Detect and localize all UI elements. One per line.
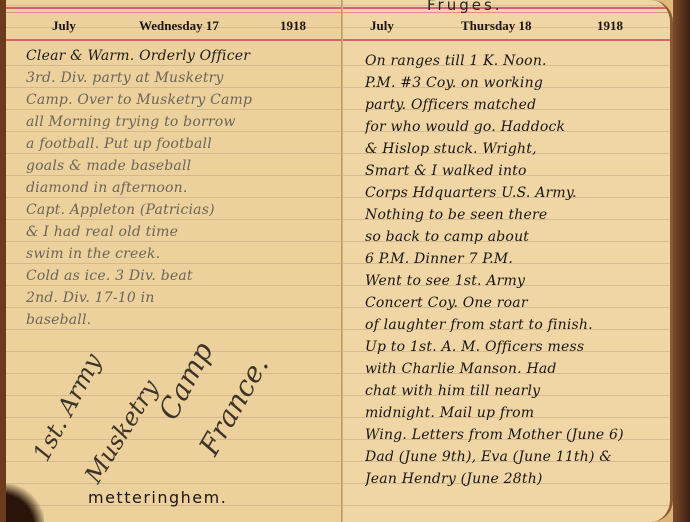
entry-line: Went to see 1st. Army bbox=[365, 270, 665, 292]
entry-line: chat with him till nearly bbox=[365, 380, 665, 402]
entry-line: so back to camp about bbox=[365, 226, 665, 248]
diary-entry: On ranges till 1 K. Noon. P.M. #3 Coy. o… bbox=[365, 50, 665, 490]
entry-line: Capt. Appleton (Patricias) bbox=[26, 199, 336, 221]
header-rule bbox=[343, 39, 670, 41]
entry-line: Clear & Warm. Orderly Officer bbox=[26, 45, 336, 67]
entry-line: 2nd. Div. 17-10 in bbox=[26, 287, 336, 309]
header-rule bbox=[6, 7, 342, 9]
entry-line: swim in the creek. bbox=[26, 243, 336, 265]
entry-line: Smart & I walked into bbox=[365, 160, 665, 182]
page-header: July Thursday 18 1918 bbox=[343, 18, 670, 36]
entry-line: party. Officers matched bbox=[365, 94, 665, 116]
entry-line: Camp. Over to Musketry Camp bbox=[26, 89, 336, 111]
header-rule bbox=[343, 7, 670, 9]
entry-line: for who would go. Haddock bbox=[365, 116, 665, 138]
place-note: metteringhem. bbox=[88, 488, 227, 507]
page-header: July Wednesday 17 1918 bbox=[6, 18, 342, 36]
header-year: 1918 bbox=[280, 18, 306, 34]
diary-entry: Clear & Warm. Orderly Officer 3rd. Div. … bbox=[26, 45, 336, 331]
entry-line: 3rd. Div. party at Musketry bbox=[26, 67, 336, 89]
header-rule bbox=[6, 39, 342, 41]
diagonal-note-line: Camp bbox=[152, 337, 220, 425]
header-month: July bbox=[370, 18, 394, 34]
entry-line: 6 P.M. Dinner 7 P.M. bbox=[365, 248, 665, 270]
entry-line: with Charlie Manson. Had bbox=[365, 358, 665, 380]
entry-line: Concert Coy. One roar bbox=[365, 292, 665, 314]
entry-line: a football. Put up football bbox=[26, 133, 336, 155]
right-page: Fruges. July Thursday 18 1918 On ranges … bbox=[343, 0, 673, 522]
diagonal-note-line: Musketry bbox=[79, 375, 164, 488]
entry-line: goals & made baseball bbox=[26, 155, 336, 177]
entry-line: Cold as ice. 3 Div. beat bbox=[26, 265, 336, 287]
book-cover-edge bbox=[673, 0, 690, 522]
entry-line: Nothing to be seen there bbox=[365, 204, 665, 226]
header-month: July bbox=[52, 18, 76, 34]
entry-line: of laughter from start to finish. bbox=[365, 314, 665, 336]
header-year: 1918 bbox=[597, 18, 623, 34]
place-note: Fruges. bbox=[427, 0, 503, 14]
entry-line: P.M. #3 Coy. on working bbox=[365, 72, 665, 94]
entry-line: Corps Hdquarters U.S. Army. bbox=[365, 182, 665, 204]
header-day: Wednesday 17 bbox=[139, 18, 219, 34]
entry-line: & Hislop stuck. Wright, bbox=[365, 138, 665, 160]
entry-line: diamond in afternoon. bbox=[26, 177, 336, 199]
header-rule bbox=[6, 12, 342, 13]
entry-line: midnight. Mail up from bbox=[365, 402, 665, 424]
entry-line: all Morning trying to borrow bbox=[26, 111, 336, 133]
worn-corner bbox=[0, 484, 44, 522]
header-rule bbox=[343, 12, 670, 13]
entry-line: baseball. bbox=[26, 309, 336, 331]
left-page: July Wednesday 17 1918 Clear & Warm. Ord… bbox=[0, 0, 342, 522]
entry-line: Wing. Letters from Mother (June 6) bbox=[365, 424, 665, 446]
entry-line: Dad (June 9th), Eva (June 11th) & bbox=[365, 446, 665, 468]
entry-line: On ranges till 1 K. Noon. bbox=[365, 50, 665, 72]
diary-spread: July Wednesday 17 1918 Clear & Warm. Ord… bbox=[0, 0, 690, 522]
entry-line: Jean Hendry (June 28th) bbox=[365, 468, 665, 490]
entry-line: & I had real old time bbox=[26, 221, 336, 243]
entry-line: Up to 1st. A. M. Officers mess bbox=[365, 336, 665, 358]
header-day: Thursday 18 bbox=[461, 18, 531, 34]
